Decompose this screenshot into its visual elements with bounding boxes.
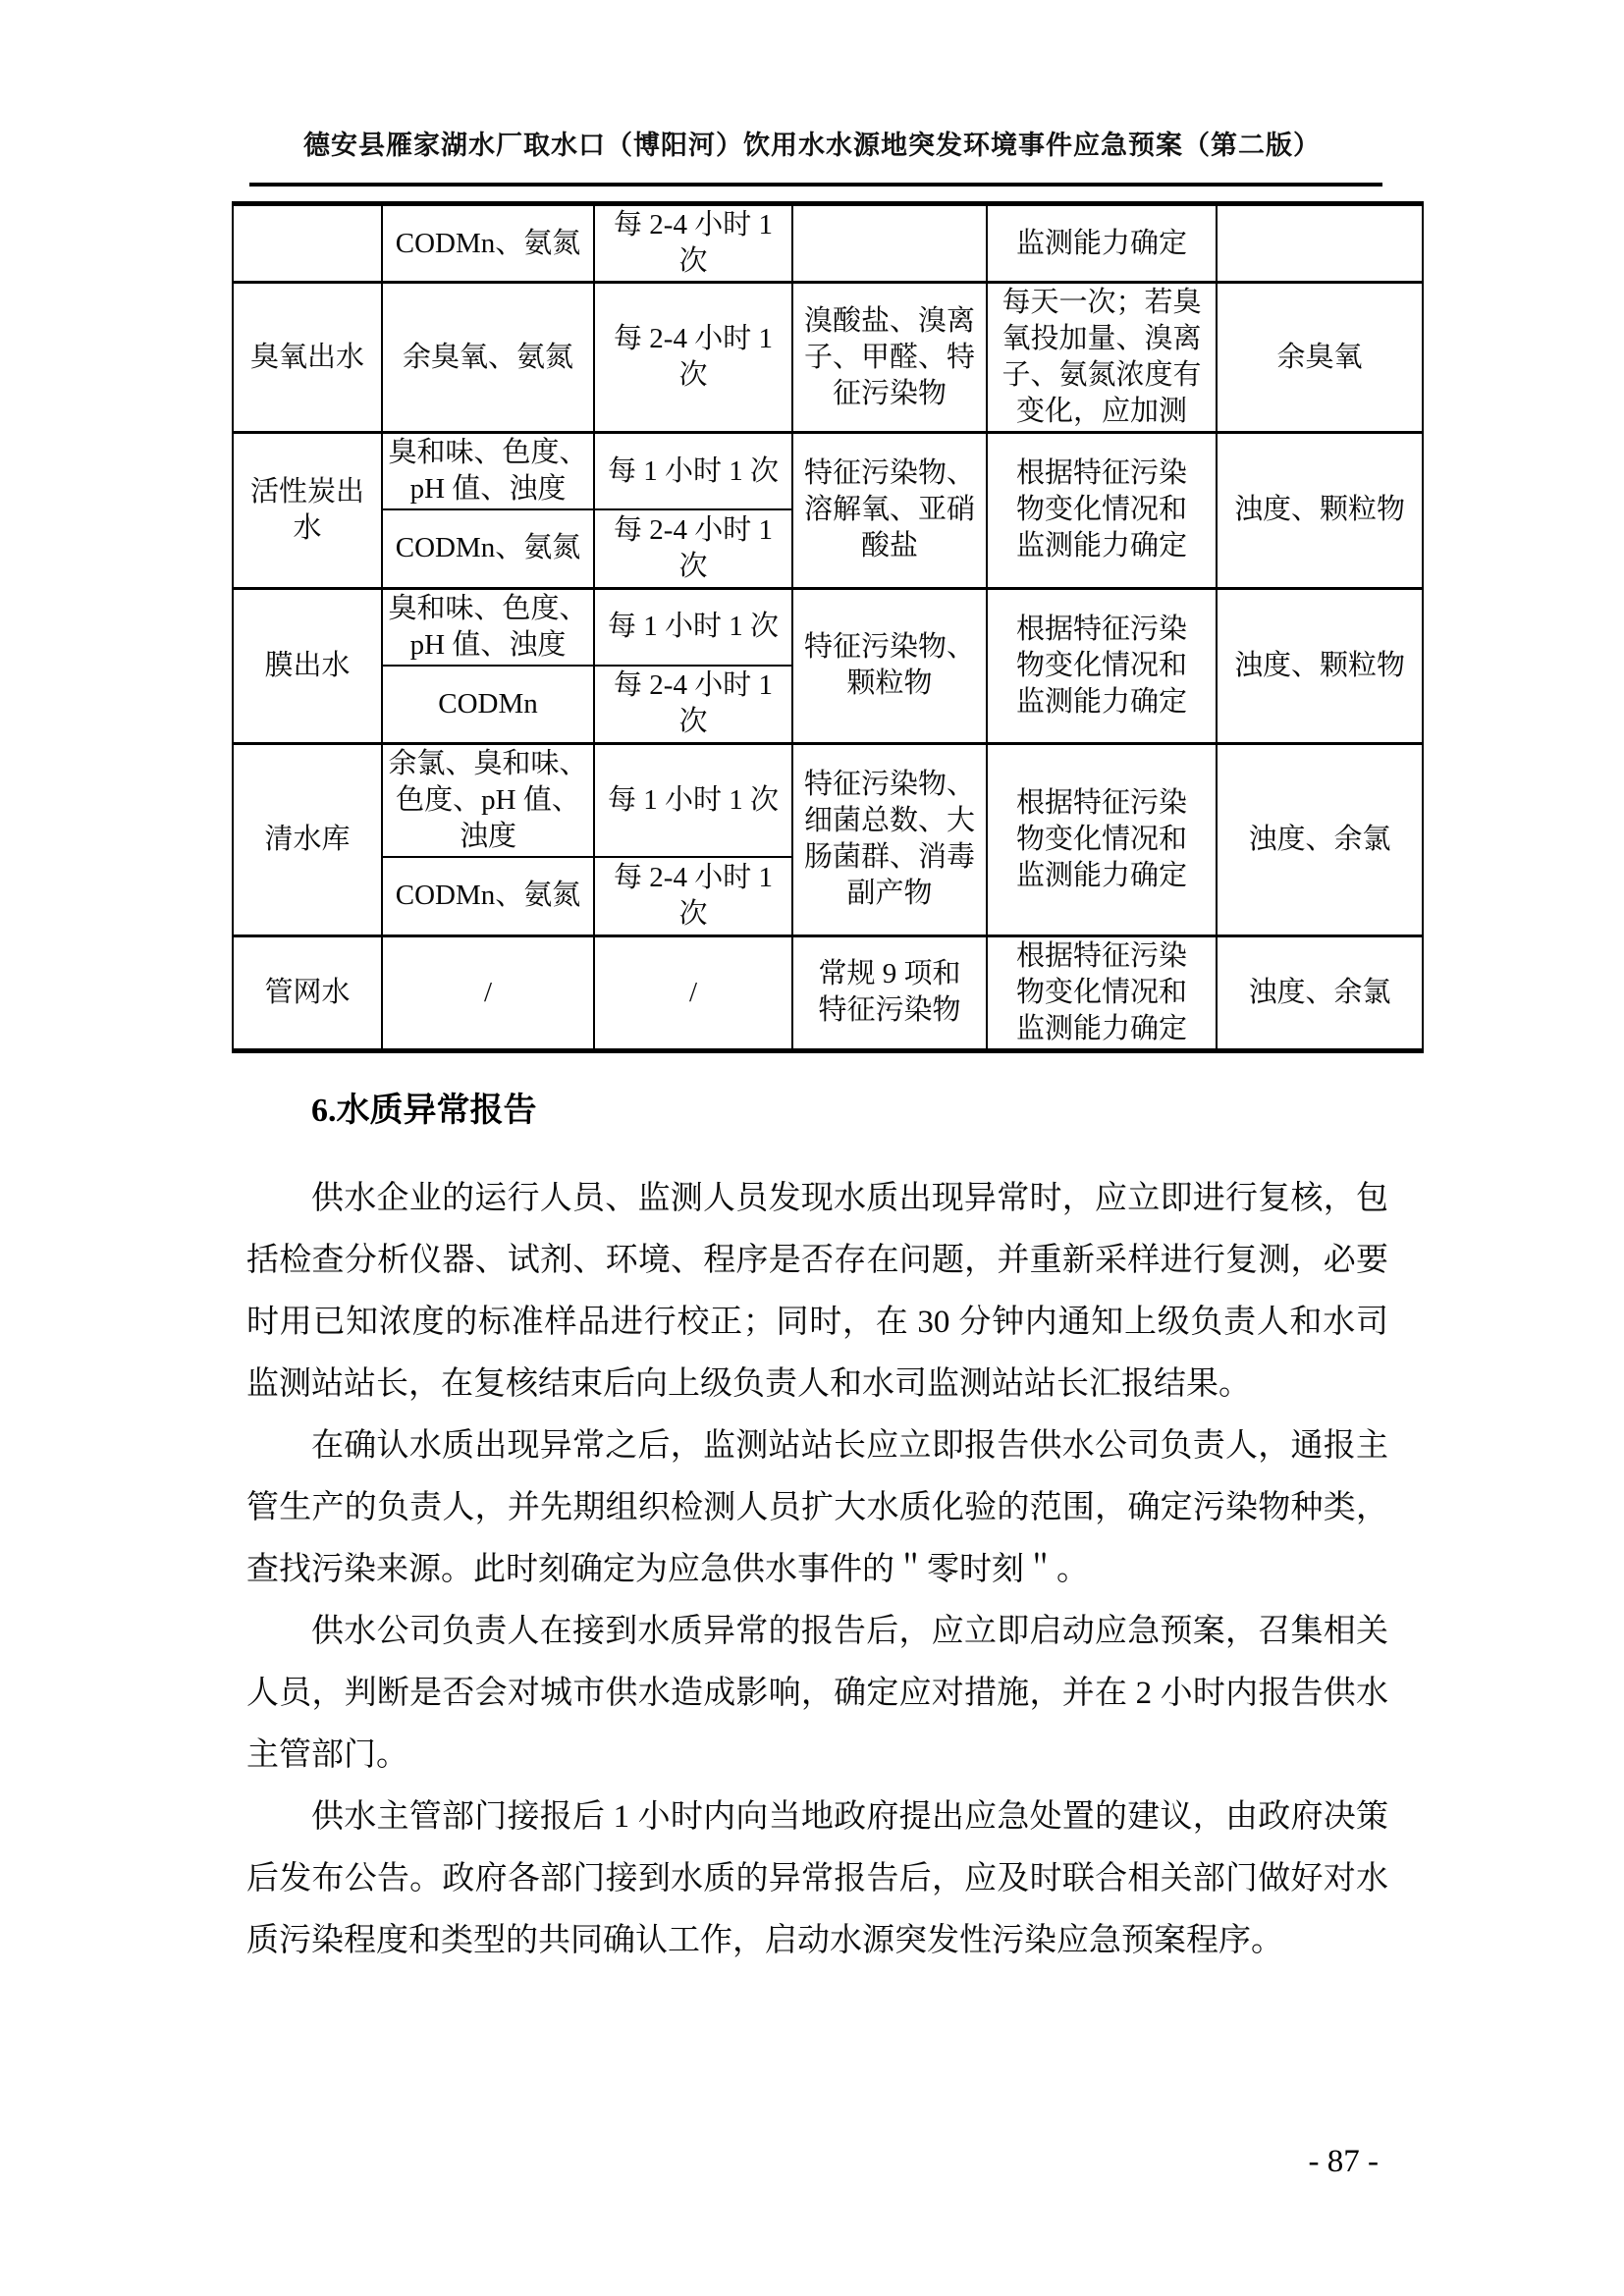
- cell-frequency: 每 2-4 小时 1 次: [594, 509, 792, 588]
- water-quality-monitoring-table: CODMn、氨氮 每 2-4 小时 1 次 监测能力确定 臭氧出水 余臭氧、氨氮…: [232, 201, 1424, 1053]
- cell-online-items: 浊度、颗粒物: [1217, 433, 1423, 589]
- cell-online-items: 余臭氧: [1217, 283, 1423, 433]
- cell-extra-items: 常规 9 项和 特征污染物: [792, 935, 987, 1050]
- cell-site: 臭氧出水: [233, 283, 382, 433]
- cell-frequency-basis: 根据特征污染 物变化情况和 监测能力确定: [987, 588, 1217, 744]
- cell-frequency: 每 1 小时 1 次: [594, 588, 792, 666]
- cell-test-items: 余臭氧、氨氮: [382, 283, 594, 433]
- header-rule: [249, 183, 1382, 187]
- cell-frequency: /: [594, 935, 792, 1050]
- cell-frequency: 每 2-4 小时 1 次: [594, 666, 792, 744]
- paragraph: 供水主管部门接报后 1 小时内向当地政府提出应急处置的建议，由政府决策后发布公告…: [246, 1787, 1388, 1972]
- cell-site-empty: [233, 204, 382, 283]
- cell-test-items: CODMn、氨氮: [382, 857, 594, 935]
- cell-test-items: 余氯、臭和味、 色度、pH 值、 浊度: [382, 744, 594, 858]
- cell-site: 管网水: [233, 935, 382, 1050]
- table-row-pipe-network-water: 管网水 / / 常规 9 项和 特征污染物 根据特征污染 物变化情况和 监测能力…: [233, 935, 1423, 1050]
- cell-frequency: 每 2-4 小时 1 次: [594, 204, 792, 283]
- paragraph: 在确认水质出现异常之后，监测站站长应立即报告供水公司负责人，通报主管生产的负责人…: [246, 1415, 1388, 1601]
- table-row-continued: CODMn、氨氮 每 2-4 小时 1 次 监测能力确定: [233, 204, 1423, 283]
- paragraph: 供水公司负责人在接到水质异常的报告后，应立即启动应急预案，召集相关人员，判断是否…: [246, 1601, 1388, 1787]
- cell-frequency-basis: 监测能力确定: [987, 204, 1217, 283]
- cell-frequency: 每 2-4 小时 1 次: [594, 283, 792, 433]
- cell-extra-items: 特征污染物、 溶解氧、亚硝 酸盐: [792, 433, 987, 589]
- section-heading: 6.水质异常报告: [246, 1090, 1388, 1133]
- cell-test-items: CODMn: [382, 666, 594, 744]
- cell-test-items: CODMn、氨氮: [382, 204, 594, 283]
- table-row-membrane-outflow: 膜出水 臭和味、色度、 pH 值、浊度 每 1 小时 1 次 特征污染物、 颗粒…: [233, 588, 1423, 744]
- table-row-activated-carbon-outflow: 活性炭出 水 臭和味、色度、 pH 值、浊度 每 1 小时 1 次 特征污染物、…: [233, 433, 1423, 589]
- cell-frequency-basis: 每天一次；若臭 氧投加量、溴离 子、氨氮浓度有 变化，应加测: [987, 283, 1217, 433]
- cell-frequency-basis: 根据特征污染 物变化情况和 监测能力确定: [987, 744, 1217, 936]
- cell-frequency: 每 1 小时 1 次: [594, 744, 792, 858]
- page-header-title: 德安县雁家湖水厂取水口（博阳河）饮用水水源地突发环境事件应急预案（第二版）: [0, 124, 1624, 162]
- cell-site: 膜出水: [233, 588, 382, 744]
- cell-site: 清水库: [233, 744, 382, 936]
- cell-frequency: 每 1 小时 1 次: [594, 433, 792, 510]
- cell-extra-items: 溴酸盐、溴离 子、甲醛、特 征污染物: [792, 283, 987, 433]
- cell-frequency: 每 2-4 小时 1 次: [594, 857, 792, 935]
- page-number: - 87 -: [1309, 2144, 1379, 2180]
- cell-online-items-empty: [1217, 204, 1423, 283]
- cell-frequency-basis: 根据特征污染 物变化情况和 监测能力确定: [987, 433, 1217, 589]
- cell-online-items: 浊度、余氯: [1217, 935, 1423, 1050]
- cell-online-items: 浊度、余氯: [1217, 744, 1423, 936]
- cell-extra-items: 特征污染物、 颗粒物: [792, 588, 987, 744]
- cell-frequency-basis: 根据特征污染 物变化情况和 监测能力确定: [987, 935, 1217, 1050]
- cell-online-items: 浊度、颗粒物: [1217, 588, 1423, 744]
- cell-test-items: /: [382, 935, 594, 1050]
- section-water-quality-abnormal-report: 6.水质异常报告 供水企业的运行人员、监测人员发现水质出现异常时，应立即进行复核…: [246, 1090, 1388, 1972]
- cell-test-items: 臭和味、色度、 pH 值、浊度: [382, 433, 594, 510]
- cell-test-items: CODMn、氨氮: [382, 509, 594, 588]
- table-row-ozone-outflow: 臭氧出水 余臭氧、氨氮 每 2-4 小时 1 次 溴酸盐、溴离 子、甲醛、特 征…: [233, 283, 1423, 433]
- cell-site: 活性炭出 水: [233, 433, 382, 589]
- cell-extra-items: 特征污染物、 细菌总数、大 肠菌群、消毒 副产物: [792, 744, 987, 936]
- cell-test-items: 臭和味、色度、 pH 值、浊度: [382, 588, 594, 666]
- table-row-clear-water-reservoir: 清水库 余氯、臭和味、 色度、pH 值、 浊度 每 1 小时 1 次 特征污染物…: [233, 744, 1423, 936]
- paragraph: 供水企业的运行人员、监测人员发现水质出现异常时，应立即进行复核，包括检查分析仪器…: [246, 1168, 1388, 1415]
- cell-extra-items-empty: [792, 204, 987, 283]
